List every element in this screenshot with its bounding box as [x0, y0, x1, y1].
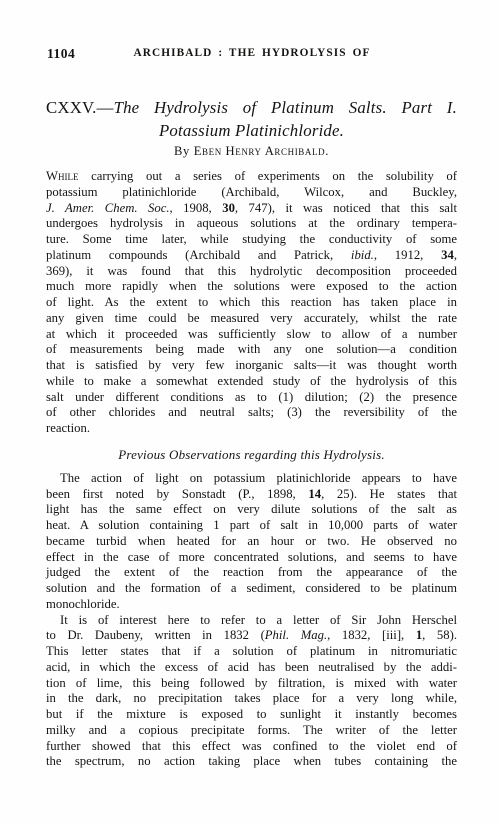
text-segment: solution and the formation of a sediment… — [46, 581, 457, 595]
text-segment: 30 — [222, 201, 235, 215]
text-line: but if the mixture is exposed to sunligh… — [46, 707, 457, 723]
text-segment: , — [454, 248, 457, 262]
text-segment: J. Amer. Chem. Soc. — [46, 201, 170, 215]
text-segment: while to make a somewhat extended study … — [46, 374, 457, 388]
text-segment: 34 — [441, 248, 454, 262]
text-segment: tion of lime, this being followed by fil… — [46, 676, 457, 690]
text-segment: milky and a copious precipitate forms. T… — [46, 723, 457, 737]
text-line: judged the extent of the reaction from t… — [46, 565, 457, 581]
text-segment: effect in the case of more concentrated … — [46, 550, 457, 564]
text-line: while to make a somewhat extended study … — [46, 374, 457, 390]
section-heading-previous-observations: Previous Observations regarding this Hyd… — [46, 447, 457, 463]
text-segment: reaction. — [46, 421, 90, 435]
text-line: 369), it was found that this hydrolytic … — [46, 264, 457, 280]
text-line: of other chlorides and neutral salts; (3… — [46, 405, 457, 421]
text-line: to Dr. Daubeny, written in 1832 (Phil. M… — [46, 628, 457, 644]
article-title-part: Part I. — [401, 98, 457, 117]
text-line: heat. A solution containing 1 part of sa… — [46, 518, 457, 534]
running-title: ARCHIBALD : THE HYDROLYSIS OF — [47, 47, 457, 59]
text-segment: potassium platinichloride (Archibald, Wi… — [46, 185, 457, 199]
text-line: The action of light on potassium platini… — [46, 471, 457, 487]
article-title: CXXV.—The Hydrolysis of Platinum Salts. … — [46, 96, 457, 142]
text-line: J. Amer. Chem. Soc., 1908, 30, 747), it … — [46, 201, 457, 217]
text-line: been first noted by Sonstadt (P., 1898, … — [46, 487, 457, 503]
text-segment: The action of light on potassium platini… — [60, 471, 457, 485]
text-line: It is of interest here to refer to a let… — [46, 613, 457, 629]
text-line: monochloride. — [46, 597, 457, 613]
text-segment: , 58). — [422, 628, 457, 642]
para-intro: While carrying out a series of experimen… — [46, 169, 457, 437]
text-line: milky and a copious precipitate forms. T… — [46, 723, 457, 739]
text-segment: in the dark, no precipitation takes plac… — [46, 691, 457, 705]
text-line: became turbid when heated for an hour or… — [46, 534, 457, 550]
text-segment: light has the same effect on very dilute… — [46, 502, 457, 516]
text-segment: acid, in which the excess of acid has be… — [46, 660, 457, 674]
text-segment: judged the extent of the reaction from t… — [46, 565, 457, 579]
article-title-line1: CXXV.—The Hydrolysis of Platinum Salts. … — [46, 96, 457, 119]
text-segment: It is of interest here to refer to a let… — [60, 613, 457, 627]
text-line: in the dark, no precipitation takes plac… — [46, 691, 457, 707]
text-line: reaction. — [46, 421, 457, 437]
text-segment: heat. A solution containing 1 part of sa… — [46, 518, 457, 532]
text-line: of measurements being made with any one … — [46, 342, 457, 358]
text-segment: much more rapidly when the solutions wer… — [46, 279, 457, 293]
text-segment: at which it proceeded was sufficiently s… — [46, 327, 457, 341]
text-line: any given time could be measured very ac… — [46, 311, 457, 327]
text-segment: , 25). He states that — [321, 487, 457, 501]
text-segment: platinum compounds (Archibald and Patric… — [46, 248, 351, 262]
text-line: solution and the formation of a sediment… — [46, 581, 457, 597]
para-sonstadt: The action of light on potassium platini… — [46, 471, 457, 613]
text-segment: further showed that this effect was conf… — [46, 739, 457, 753]
text-segment: ture. Some time later, while studying th… — [46, 232, 457, 246]
running-header: 1104 ARCHIBALD : THE HYDROLYSIS OF — [47, 46, 457, 62]
text-line: light has the same effect on very dilute… — [46, 502, 457, 518]
author-name: Eben Henry Archibald. — [194, 144, 329, 158]
text-segment: , 1832, [iii], — [327, 628, 416, 642]
text-line: that is satisfied by very few inorganic … — [46, 358, 457, 374]
journal-page: 1104 ARCHIBALD : THE HYDROLYSIS OF CXXV.… — [0, 0, 500, 825]
text-line: of light. As the extent to which this re… — [46, 295, 457, 311]
text-segment: Phil. Mag. — [265, 628, 327, 642]
text-line: effect in the case of more concentrated … — [46, 550, 457, 566]
text-line: acid, in which the excess of acid has be… — [46, 660, 457, 676]
text-segment: , 747), it was noticed that this salt — [235, 201, 457, 215]
text-line: further showed that this effect was conf… — [46, 739, 457, 755]
text-line: salt under different conditions as to (1… — [46, 390, 457, 406]
text-segment: of other chlorides and neutral salts; (3… — [46, 405, 457, 419]
text-segment: undergoes hydrolysis in aqueous solution… — [46, 216, 457, 230]
text-segment: , 1912, — [374, 248, 441, 262]
article-number: CXXV.— — [46, 98, 114, 117]
text-segment: 14 — [308, 487, 321, 501]
text-segment: but if the mixture is exposed to sunligh… — [46, 707, 457, 721]
text-segment: became turbid when heated for an hour or… — [46, 534, 457, 548]
text-segment: of measurements being made with any one … — [46, 342, 457, 356]
text-line: This letter states that if a solution of… — [46, 644, 457, 660]
para-herschel: It is of interest here to refer to a let… — [46, 613, 457, 771]
text-segment: ibid. — [351, 248, 374, 262]
text-segment: This letter states that if a solution of… — [46, 644, 457, 658]
text-line: ture. Some time later, while studying th… — [46, 232, 457, 248]
article-title-main: The Hydrolysis of Platinum Salts. — [114, 98, 387, 117]
text-segment: the spectrum, no action taking place whe… — [46, 754, 457, 768]
text-line: While carrying out a series of experimen… — [46, 169, 457, 185]
byline: By Eben Henry Archibald. — [46, 144, 457, 159]
text-segment: While — [46, 169, 78, 183]
by-label: By — [174, 144, 190, 158]
text-segment: salt under different conditions as to (1… — [46, 390, 457, 404]
text-line: tion of lime, this being followed by fil… — [46, 676, 457, 692]
text-segment: carrying out a series of experiments on … — [78, 169, 457, 183]
text-segment: monochloride. — [46, 597, 120, 611]
text-line: at which it proceeded was sufficiently s… — [46, 327, 457, 343]
text-segment: , 1908, — [170, 201, 223, 215]
text-segment: of light. As the extent to which this re… — [46, 295, 457, 309]
text-segment: been first noted by Sonstadt (P., 1898, — [46, 487, 308, 501]
article-subtitle: Potassium Platinichloride. — [46, 119, 457, 142]
text-line: the spectrum, no action taking place whe… — [46, 754, 457, 770]
text-line: much more rapidly when the solutions wer… — [46, 279, 457, 295]
text-line: platinum compounds (Archibald and Patric… — [46, 248, 457, 264]
article-body: While carrying out a series of experimen… — [46, 169, 457, 770]
text-segment: any given time could be measured very ac… — [46, 311, 457, 325]
text-line: potassium platinichloride (Archibald, Wi… — [46, 185, 457, 201]
text-segment: 369), it was found that this hydrolytic … — [46, 264, 457, 278]
text-line: undergoes hydrolysis in aqueous solution… — [46, 216, 457, 232]
text-segment: that is satisfied by very few inorganic … — [46, 358, 457, 372]
text-segment: to Dr. Daubeny, written in 1832 ( — [46, 628, 265, 642]
